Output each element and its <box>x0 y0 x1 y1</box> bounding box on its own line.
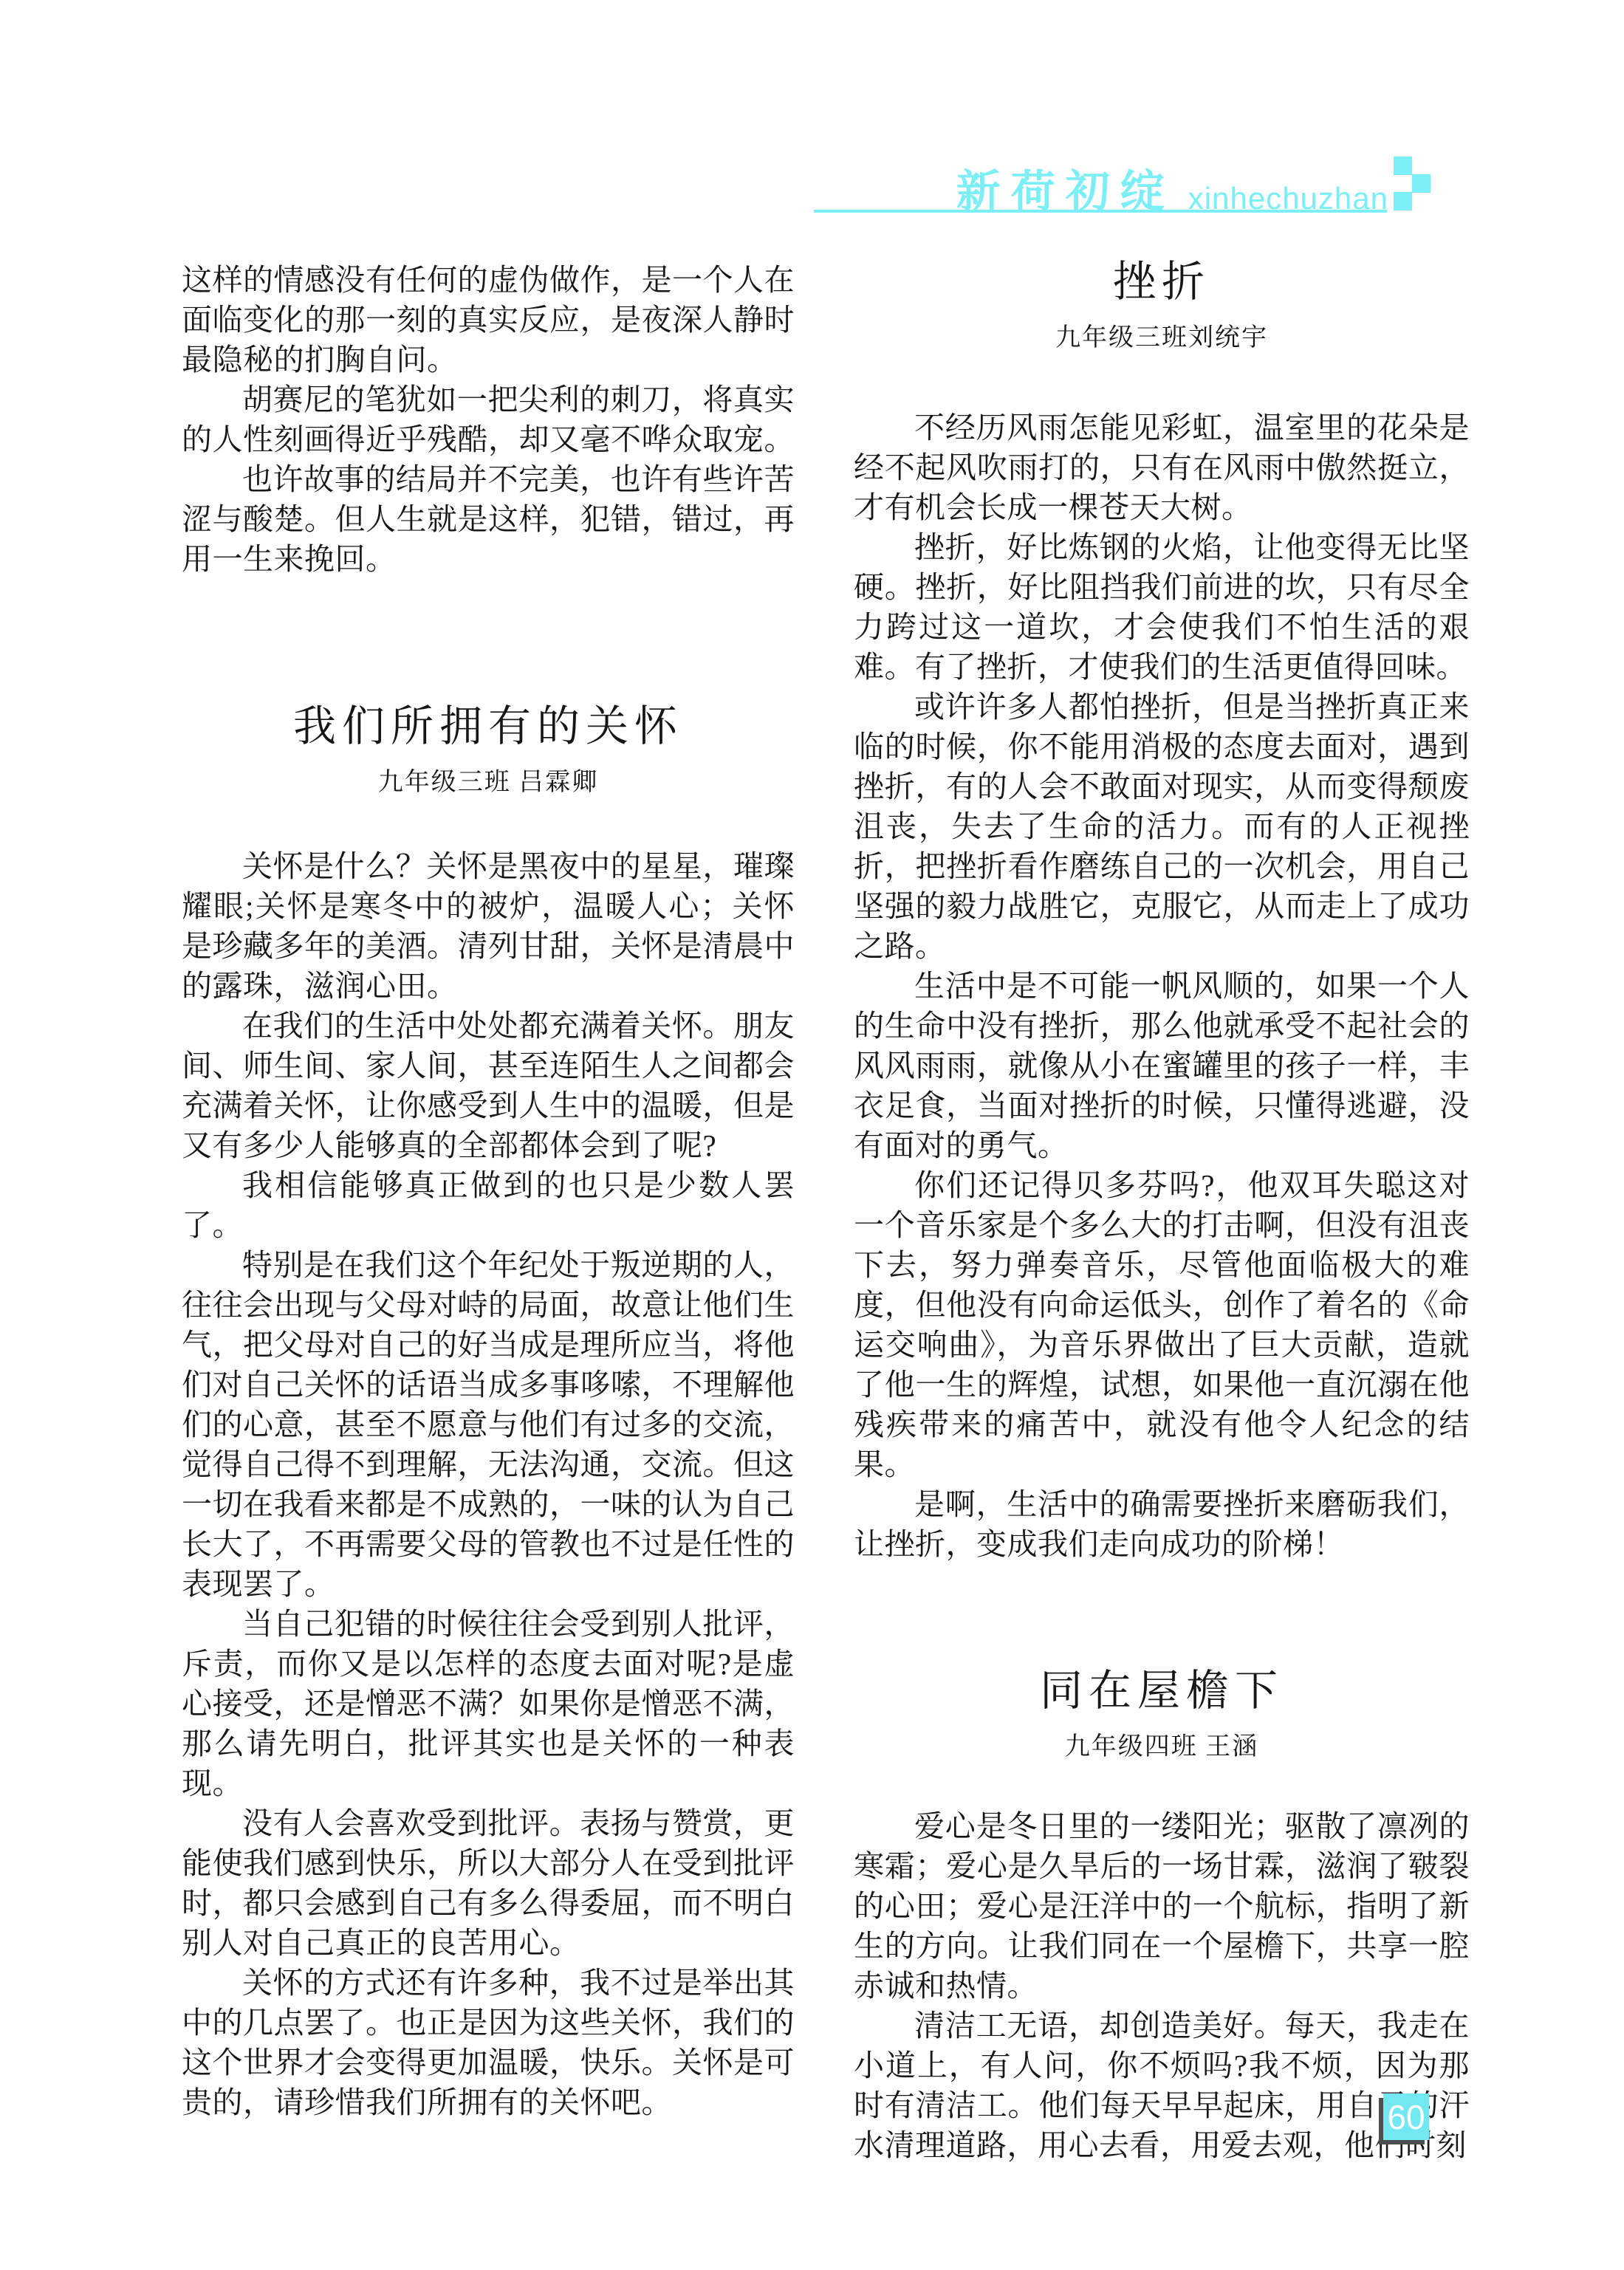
essay-same-roof: 同在屋檐下 九年级四班 王涵 爱心是冬日里的一缕阳光；驱散了凛冽的寒霜；爱心是久… <box>854 1666 1470 2165</box>
paragraph: 挫折，好比炼钢的火焰，让他变得无比坚硬。挫折，好比阻挡我们前进的坎，只有尽全力跨… <box>854 527 1470 687</box>
left-column: 这样的情感没有任何的虚伪做作，是一个人在面临变化的那一刻的真实反应，是夜深人静时… <box>182 260 795 2122</box>
essay-setback-title: 挫折 <box>854 257 1470 307</box>
paragraph: 在我们的生活中处处都充满着关怀。朋友间、师生间、家人间，甚至连陌生人之间都会充满… <box>182 1006 795 1165</box>
paragraph: 或许许多人都怕挫折，但是当挫折真正来临的时候，你不能用消极的态度去面对，遇到挫折… <box>854 687 1470 966</box>
page-number-badge: 60 <box>1383 2094 1429 2140</box>
deco-square-icon <box>1394 192 1412 210</box>
essay-same-roof-header: 同在屋檐下 九年级四班 王涵 <box>854 1666 1470 1762</box>
essay-setback: 挫折 九年级三班刘统宇 不经历风雨怎能见彩虹，温室里的花朵是经不起风吹雨打的，只… <box>854 257 1470 1564</box>
paragraph: 我相信能够真正做到的也只是少数人罢了。 <box>182 1165 795 1245</box>
essay-setback-body: 不经历风雨怎能见彩虹，温室里的花朵是经不起风吹雨打的，只有在风雨中傲然挺立，才有… <box>854 408 1470 1564</box>
paragraph: 你们还记得贝多芬吗?，他双耳失聪这对一个音乐家是个多么大的打击啊，但没有沮丧下去… <box>854 1165 1470 1484</box>
deco-square-icon <box>1412 174 1431 193</box>
header-brand: 新荷初绽 xinhechuzhan <box>812 162 1388 216</box>
paragraph: 爱心是冬日里的一缕阳光；驱散了凛冽的寒霜；爱心是久旱后的一场甘霖，滋润了皲裂的心… <box>854 1806 1470 2006</box>
paragraph: 关怀的方式还有许多种，我不过是举出其中的几点罢了。也正是因为这些关怀，我们的这个… <box>182 1963 795 2122</box>
paragraph: 生活中是不可能一帆风顺的，如果一个人的生命中没有挫折，那么他就承受不起社会的风风… <box>854 966 1470 1165</box>
essay-same-roof-author: 九年级四班 王涵 <box>854 1732 1470 1762</box>
paragraph: 这样的情感没有任何的虚伪做作，是一个人在面临变化的那一刻的真实反应，是夜深人静时… <box>182 260 795 380</box>
paragraph: 是啊，生活中的确需要挫折来磨砺我们，让挫折，变成我们走向成功的阶梯！ <box>854 1484 1470 1564</box>
essay-care-author: 九年级三班 吕霖卿 <box>182 768 795 798</box>
paragraph: 清洁工无语，却创造美好。每天，我走在小道上，有人问，你不烦吗?我不烦，因为那时有… <box>854 2006 1470 2165</box>
deco-square-icon <box>1394 157 1412 175</box>
paragraph: 也许故事的结局并不完美，也许有些许苦涩与酸楚。但人生就是这样，犯错，错过，再用一… <box>182 459 795 579</box>
essay-setback-author: 九年级三班刘统宇 <box>854 323 1470 353</box>
paragraph: 关怀是什么？关怀是黑夜中的星星，璀璨耀眼;关怀是寒冬中的被炉，温暖人心；关怀是珍… <box>182 846 795 1006</box>
essay-continuation-text: 这样的情感没有任何的虚伪做作，是一个人在面临变化的那一刻的真实反应，是夜深人静时… <box>182 260 795 579</box>
essay-setback-header: 挫折 九年级三班刘统宇 <box>854 257 1470 353</box>
right-column: 挫折 九年级三班刘统宇 不经历风雨怎能见彩虹，温室里的花朵是经不起风吹雨打的，只… <box>854 257 1470 2165</box>
header-rule-line <box>814 210 1387 213</box>
paragraph: 当自己犯错的时候往往会受到别人批评，斥责，而你又是以怎样的态度去面对呢?是虚心接… <box>182 1604 795 1803</box>
paragraph: 没有人会喜欢受到批评。表扬与赞赏，更能使我们感到快乐，所以大部分人在受到批评时，… <box>182 1803 795 1963</box>
essay-care-body: 关怀是什么？关怀是黑夜中的星星，璀璨耀眼;关怀是寒冬中的被炉，温暖人心；关怀是珍… <box>182 846 795 2122</box>
paragraph: 胡赛尼的笔犹如一把尖利的刺刀，将真实的人性刻画得近乎残酷，却又毫不哗众取宠。 <box>182 380 795 459</box>
essay-care: 我们所拥有的关怀 九年级三班 吕霖卿 关怀是什么？关怀是黑夜中的星星，璀璨耀眼;… <box>182 702 795 2122</box>
brand-title-cn: 新荷初绽 <box>956 168 1175 216</box>
essay-same-roof-body: 爱心是冬日里的一缕阳光；驱散了凛冽的寒霜；爱心是久旱后的一场甘霖，滋润了皲裂的心… <box>854 1806 1470 2165</box>
essay-same-roof-title: 同在屋檐下 <box>854 1666 1470 1716</box>
paragraph: 特别是在我们这个年纪处于叛逆期的人，往往会出现与父母对峙的局面，故意让他们生气，… <box>182 1245 795 1604</box>
magazine-page: 新荷初绽 xinhechuzhan 这样的情感没有任何的虚伪做作，是一个人在面临… <box>0 0 1624 2270</box>
essay-care-header: 我们所拥有的关怀 九年级三班 吕霖卿 <box>182 702 795 798</box>
essay-care-title: 我们所拥有的关怀 <box>182 702 795 752</box>
paragraph: 不经历风雨怎能见彩虹，温室里的花朵是经不起风吹雨打的，只有在风雨中傲然挺立，才有… <box>854 408 1470 527</box>
